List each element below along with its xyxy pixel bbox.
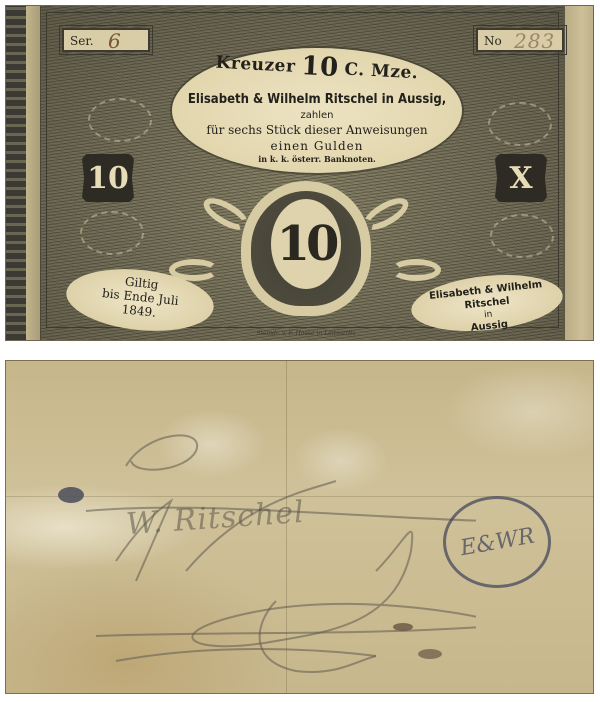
denomination-word: Kreuzer [215, 53, 296, 77]
serial-handwritten-value: 6 [108, 29, 121, 53]
acanthus-scroll-ornament [391, 259, 441, 281]
banknote-back: W. Ritschel E&WR [5, 360, 594, 694]
monogram-stamp: E&WR [443, 496, 551, 588]
center-numeral: 10 [271, 199, 341, 289]
main-text-cartouche: Kreuzer10C. Mze. Elisabeth & Wilhelm Rit… [172, 48, 462, 173]
serial-box: Ser. 6 [62, 28, 150, 52]
rosette-ornament [80, 211, 144, 255]
printer-imprint: Steindr. v. F. Haase in Leitmeritz [231, 330, 381, 337]
right-margin [563, 6, 593, 340]
denomination-number: 10 [301, 51, 340, 83]
banknoten-line: in k. k. österr. Banknoten. [172, 154, 462, 164]
banknote-front: Ser. 6 No 283 Kreuzer10C. Mze. Elisabeth… [5, 5, 594, 341]
central-ornament: 10 [231, 181, 381, 321]
rosette-ornament [488, 102, 552, 146]
stub-margin [26, 6, 41, 340]
corner-value-right: X [495, 154, 547, 202]
currency-abbrev: C. Mze. [344, 59, 419, 83]
perforated-stub-edge [6, 6, 26, 340]
redemption-line: für sechs Stück dieser Anweisungen [172, 123, 462, 137]
zahlen-line: zahlen [172, 110, 462, 121]
number-label: No [484, 34, 502, 48]
corner-value-left: 10 [82, 154, 134, 202]
number-box: No 283 [476, 28, 564, 52]
stamp-monogram: E&WR [458, 523, 536, 561]
number-handwritten-value: 283 [514, 29, 555, 53]
rosette-ornament [88, 98, 152, 142]
issuer-line: Elisabeth & Wilhelm Ritschel in Aussig, [187, 92, 448, 107]
rosette-ornament [490, 214, 554, 258]
gulden-line: einen Gulden [172, 139, 462, 153]
serial-label: Ser. [70, 34, 94, 48]
signature-flourish-icon [76, 421, 476, 681]
